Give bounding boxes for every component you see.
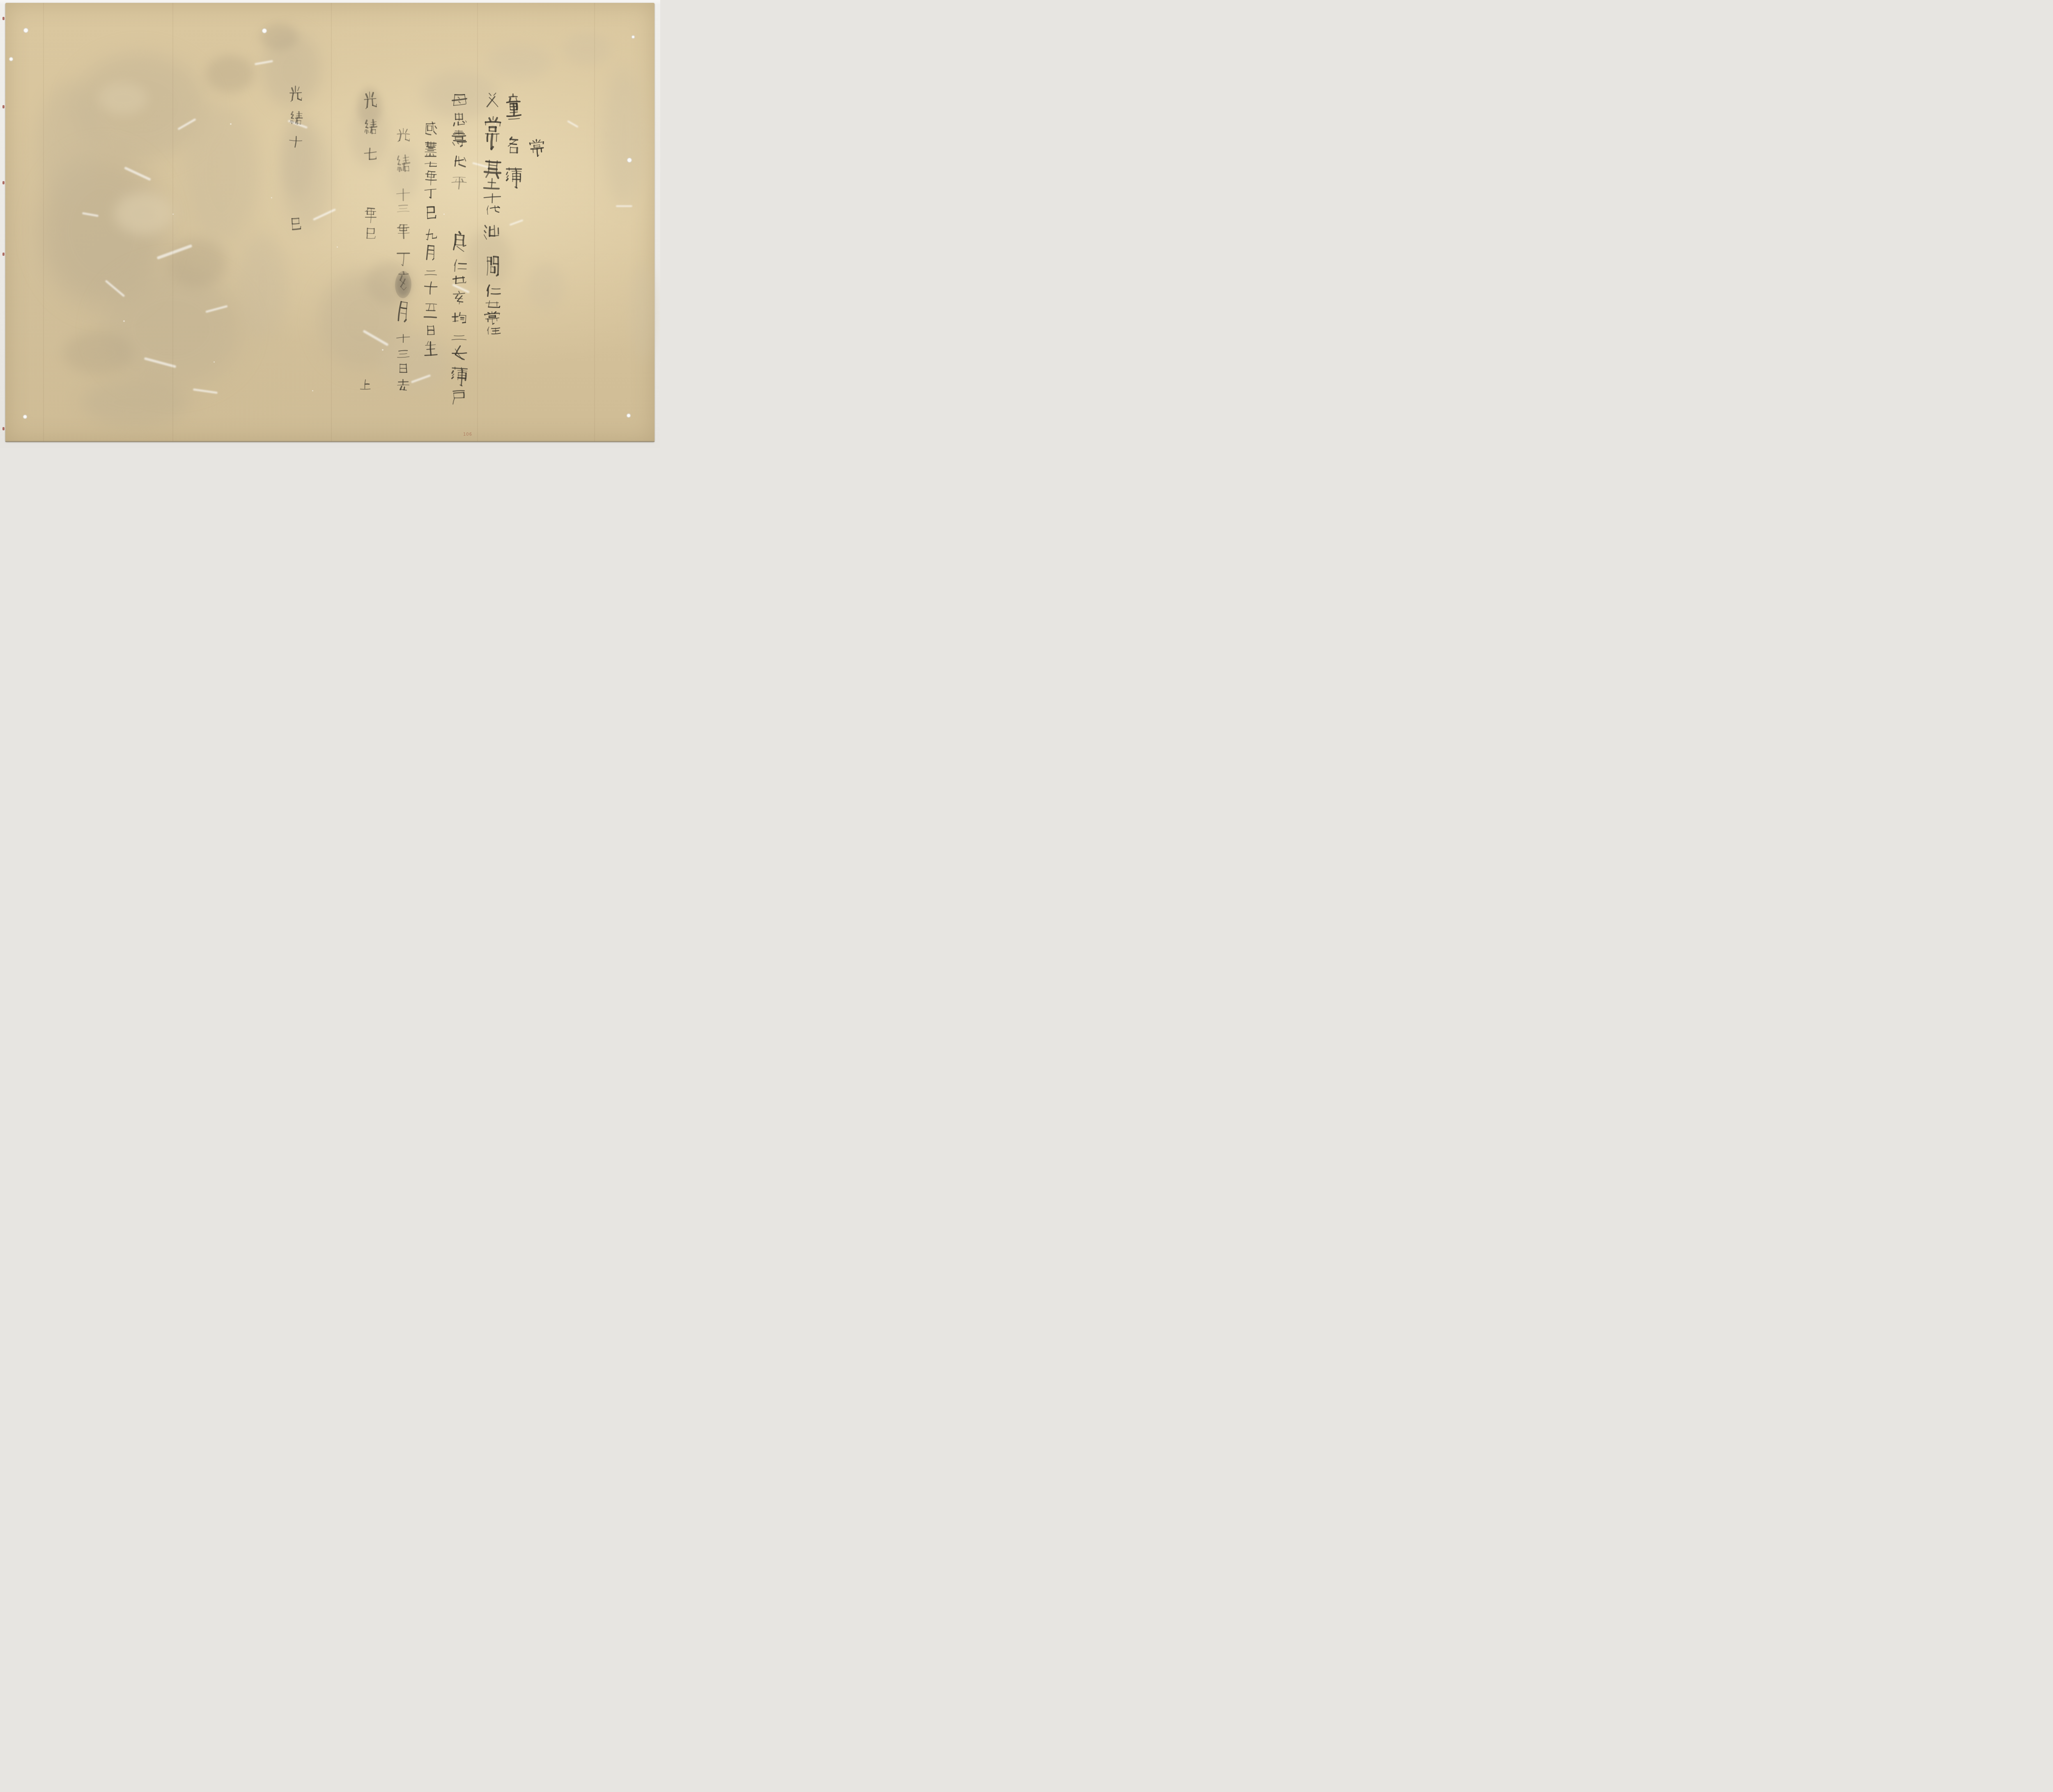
- scanned-document: 106 常 童名蒲 父常基十代池間仁也常任 母忠導氏平良仁也玄均二女蒲戸 咸豊七…: [0, 0, 660, 448]
- edge-red-mark: [2, 253, 5, 256]
- edge-red-mark: [2, 17, 5, 20]
- edge-red-mark: [2, 181, 5, 184]
- edge-red-mark: [2, 105, 5, 108]
- manuscript-page: [5, 3, 654, 442]
- paper-bottom-edge: [5, 441, 654, 442]
- archive-number: 106: [463, 432, 472, 437]
- edge-red-mark: [2, 427, 5, 430]
